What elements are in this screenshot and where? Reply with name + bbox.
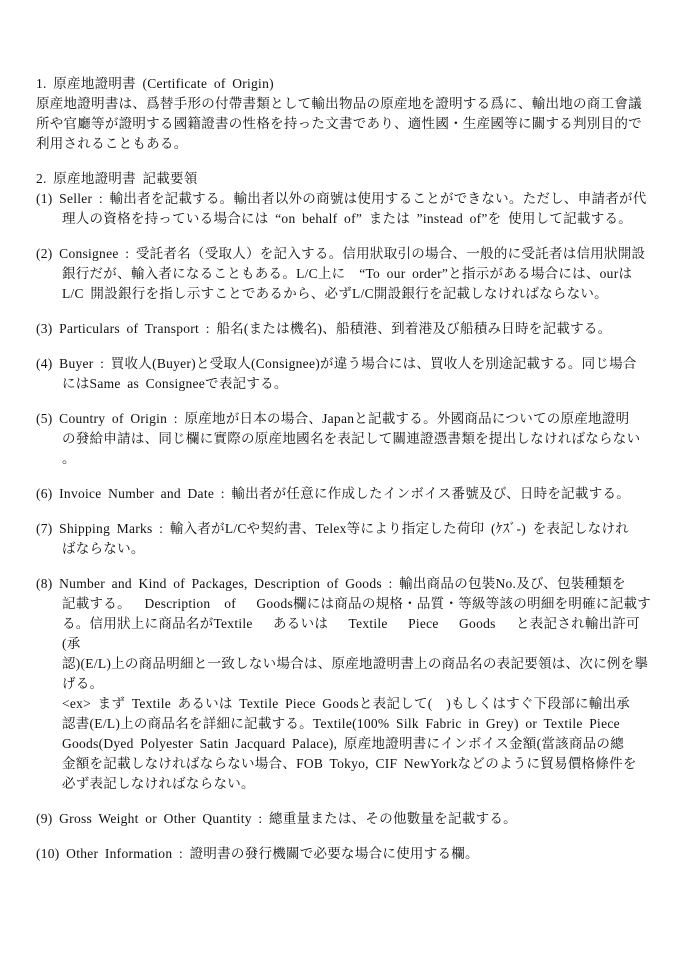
text-line: 。	[36, 449, 654, 469]
para-item-8: (8) Number and Kind of Packages, Descrip…	[36, 574, 654, 794]
text-line: (3) Particulars of Transport : 船名(または機名)…	[36, 319, 654, 339]
text-line: 理人の資格を持っている場合には “on behalf of” または ”inst…	[36, 209, 654, 229]
text-line: (1) Seller : 輸出者を記載する。輸出者以外の商號は使用することができ…	[36, 189, 654, 209]
para-intro-body: 原産地證明書は、爲替手形の付帶書類として輸出物品の原産地を證明する爲に、輸出地の…	[36, 94, 654, 154]
text-line: 1. 原産地證明書 (Certificate of Origin)	[36, 74, 654, 94]
para-guidelines-heading: 2. 原産地證明書 記載要領	[36, 169, 654, 189]
text-line: 原産地證明書は、爲替手形の付帶書類として輸出物品の原産地を證明する爲に、輸出地の…	[36, 94, 654, 114]
text-line: (5) Country of Origin : 原産地が日本の場合、Japanと…	[36, 409, 654, 429]
text-line: 利用されることもある。	[36, 134, 654, 154]
para-item-6: (6) Invoice Number and Date : 輸出者が任意に作成し…	[36, 484, 654, 504]
para-item-2: (2) Consignee : 受託者名（受取人）を記入する。信用狀取引の場合、…	[36, 244, 654, 304]
para-item-9: (9) Gross Weight or Other Quantity : 總重量…	[36, 809, 654, 829]
text-line: (10) Other Information : 證明書の發行機關で必要な場合に…	[36, 844, 654, 864]
para-item-3: (3) Particulars of Transport : 船名(または機名)…	[36, 319, 654, 339]
document-page: 1. 原産地證明書 (Certificate of Origin)原産地證明書は…	[0, 0, 680, 962]
text-line: 認書(E/L)上の商品名を詳細に記載する。Textile(100% Silk F…	[36, 714, 654, 734]
text-line: (4) Buyer : 買收人(Buyer)と受取人(Consignee)が違う…	[36, 354, 654, 374]
text-line: にはSame as Consigneeで表記する。	[36, 374, 654, 394]
text-line: 必ず表記しなければならない。	[36, 774, 654, 794]
para-item-1: (1) Seller : 輸出者を記載する。輸出者以外の商號は使用することができ…	[36, 189, 654, 229]
document-body: 1. 原産地證明書 (Certificate of Origin)原産地證明書は…	[36, 74, 654, 864]
text-line: <ex> まず Textile あるいは Textile Piece Goods…	[36, 694, 654, 714]
text-line: Goods(Dyed Polyester Satin Jacquard Pala…	[36, 734, 654, 754]
text-line: る。信用狀上に商品名がTextile あるいは Textile Piece Go…	[36, 614, 654, 654]
para-item-4: (4) Buyer : 買收人(Buyer)と受取人(Consignee)が違う…	[36, 354, 654, 394]
text-line: (6) Invoice Number and Date : 輸出者が任意に作成し…	[36, 484, 654, 504]
text-line: (2) Consignee : 受託者名（受取人）を記入する。信用狀取引の場合、…	[36, 244, 654, 264]
text-line: (8) Number and Kind of Packages, Descrip…	[36, 574, 654, 594]
text-line: (9) Gross Weight or Other Quantity : 總重量…	[36, 809, 654, 829]
text-line: 記載する。 Description of Goods欄には商品の規格・品質・等級…	[36, 594, 654, 614]
text-line: ばならない。	[36, 539, 654, 559]
text-line: げる。	[36, 674, 654, 694]
text-line: 金額を記載しなければならない場合、FOB Tokyo, CIF NewYorkな…	[36, 754, 654, 774]
para-item-7: (7) Shipping Marks : 輸入者がL/Cや契約書、Telex等に…	[36, 519, 654, 559]
para-item-10: (10) Other Information : 證明書の發行機關で必要な場合に…	[36, 844, 654, 864]
para-intro-heading: 1. 原産地證明書 (Certificate of Origin)	[36, 74, 654, 94]
text-line: の發給申請は、同じ欄に實際の原産地國名を表記して關連證憑書類を提出しなければなら…	[36, 429, 654, 449]
text-line: 2. 原産地證明書 記載要領	[36, 169, 654, 189]
para-item-5: (5) Country of Origin : 原産地が日本の場合、Japanと…	[36, 409, 654, 469]
text-line: L/C 開設銀行を指し示すことであるから、必ずL/C開設銀行を記載しなければなら…	[36, 284, 654, 304]
text-line: 所や官廳等が證明する國籍證書の性格を持った文書であり、適性國・生産國等に關する判…	[36, 114, 654, 134]
text-line: 銀行だが、輸入者になることもある。L/C上に “To our order”と指示…	[36, 264, 654, 284]
text-line: (7) Shipping Marks : 輸入者がL/Cや契約書、Telex等に…	[36, 519, 654, 539]
text-line: 認)(E/L)上の商品明細と一致しない場合は、原産地證明書上の商品名の表記要領は…	[36, 654, 654, 674]
